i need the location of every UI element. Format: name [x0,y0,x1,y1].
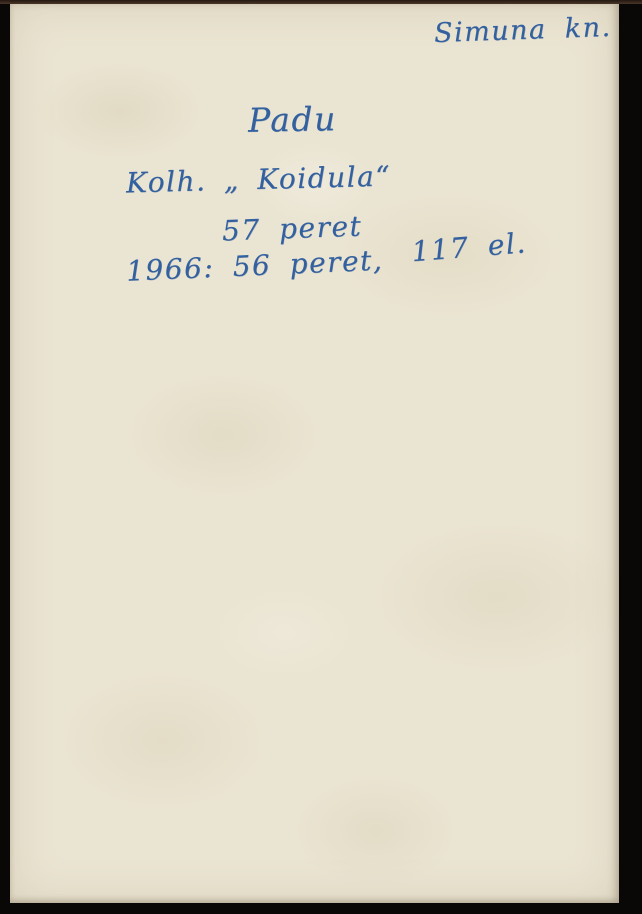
census-1966-main: 1966: 56 peret, [125,244,383,288]
household-count-line: 57 peret [222,213,363,246]
kolhoos-line: Kolh. „ Koidula“ [126,163,392,198]
scanned-card: Simuna kn. Padu Kolh. „ Koidula“ 57 pere… [0,0,642,914]
census-1966-population: 117 el. [410,229,527,266]
paper-sheet: Simuna kn. Padu Kolh. „ Koidula“ 57 pere… [10,3,619,903]
parish-corner-note: Simuna kn. [434,14,612,47]
census-1966-line: 1966: 56 peret, 117 el. [126,240,528,285]
place-name-title: Padu [248,102,337,137]
